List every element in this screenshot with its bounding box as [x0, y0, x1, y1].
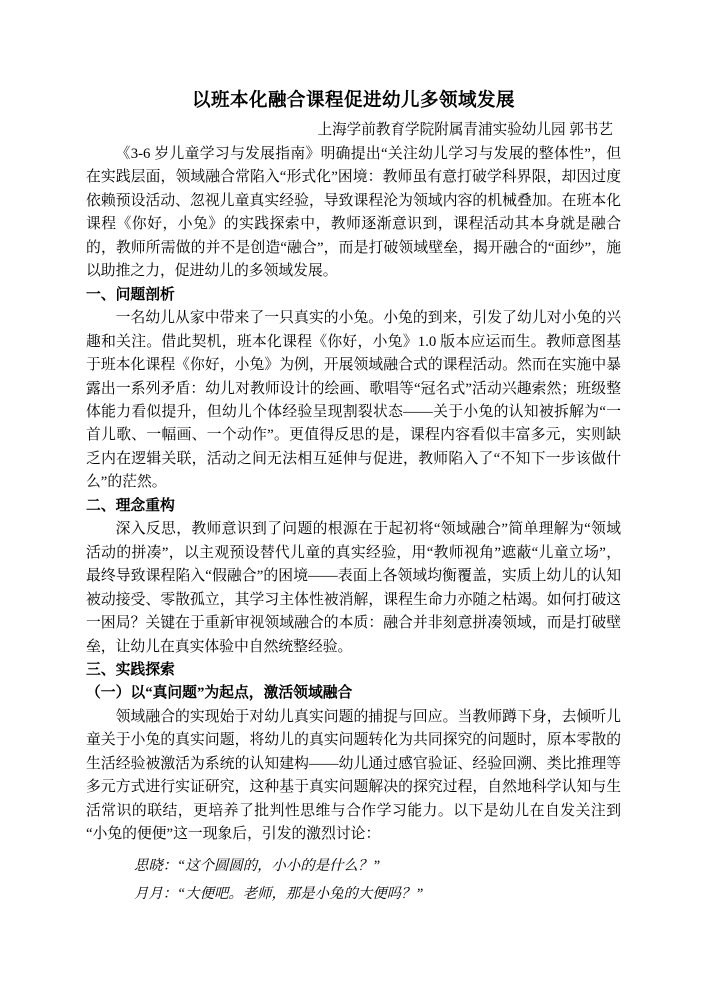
- dialogue-line-1: 思晓：“这个圆圆的，小小的是什么？”: [86, 852, 621, 881]
- section-heading-1: 一、问题剖析: [86, 284, 621, 307]
- section-heading-2: 二、理念重构: [86, 495, 621, 518]
- document-title: 以班本化融合课程促进幼儿多领域发展: [86, 88, 621, 115]
- section-heading-3: 三、实践探索: [86, 659, 621, 682]
- intro-paragraph: 《3-6 岁儿童学习与发展指南》明确提出“关注幼儿学习与发展的整体性”，但在实践…: [86, 143, 621, 284]
- document-page: 以班本化融合课程促进幼儿多领域发展 上海学前教育学院附属青浦实验幼儿园 郭书艺 …: [0, 0, 707, 999]
- subsection-heading-3-1: （一）以“真问题”为起点，激活领域融合: [86, 682, 621, 705]
- dialogue-block: 思晓：“这个圆圆的，小小的是什么？” 月月：“大便吧。老师，那是小兔的大便吗？”: [86, 852, 621, 909]
- dialogue-line-2: 月月：“大便吧。老师，那是小兔的大便吗？”: [86, 880, 621, 909]
- author-line: 上海学前教育学院附属青浦实验幼儿园 郭书艺: [86, 118, 621, 142]
- section-2-paragraph: 深入反思，教师意识到了问题的根源在于起初将“领域融合”简单理解为“领域活动的拼凑…: [86, 518, 621, 659]
- section-1-paragraph: 一名幼儿从家中带来了一只真实的小兔。小兔的到来，引发了幼儿对小兔的兴趣和关注。借…: [86, 307, 621, 495]
- subsection-3-1-paragraph: 领域融合的实现始于对幼儿真实问题的捕捉与回应。当教师蹲下身，去倾听儿童关于小兔的…: [86, 706, 621, 847]
